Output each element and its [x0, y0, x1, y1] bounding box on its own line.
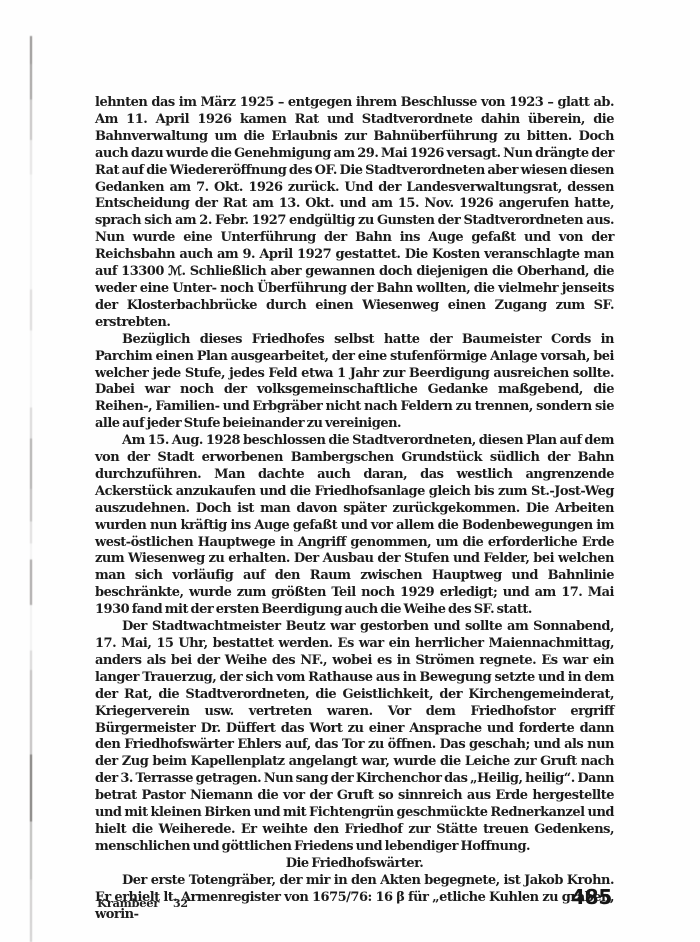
page-number: 485 — [462, 885, 612, 909]
paragraph-beerdigung-weihe: Der Stadtwachtmeister Beutz war gestorbe… — [95, 619, 614, 856]
footer-signature-number: 32 — [173, 897, 188, 910]
body-text-block: lehnten das im März 1925 – entgegen ihre… — [95, 95, 614, 923]
paragraph-beschluss-1928: Am 15. Aug. 1928 beschlossen die Stadtve… — [95, 433, 614, 619]
paragraph-friedhof-plan: Bezüglich dieses Friedhofes selbst hatte… — [95, 332, 614, 433]
footer-author: Krambeer — [97, 896, 159, 910]
footer-running-title: Krambeer32 — [97, 896, 188, 910]
section-heading: Die Friedhofswärter. — [95, 856, 614, 873]
scan-fold-artifact — [30, 36, 32, 942]
scanned-book-page: lehnten das im März 1925 – entgegen ihre… — [0, 0, 700, 942]
paragraph-continuation: lehnten das im März 1925 – entgegen ihre… — [95, 95, 614, 332]
